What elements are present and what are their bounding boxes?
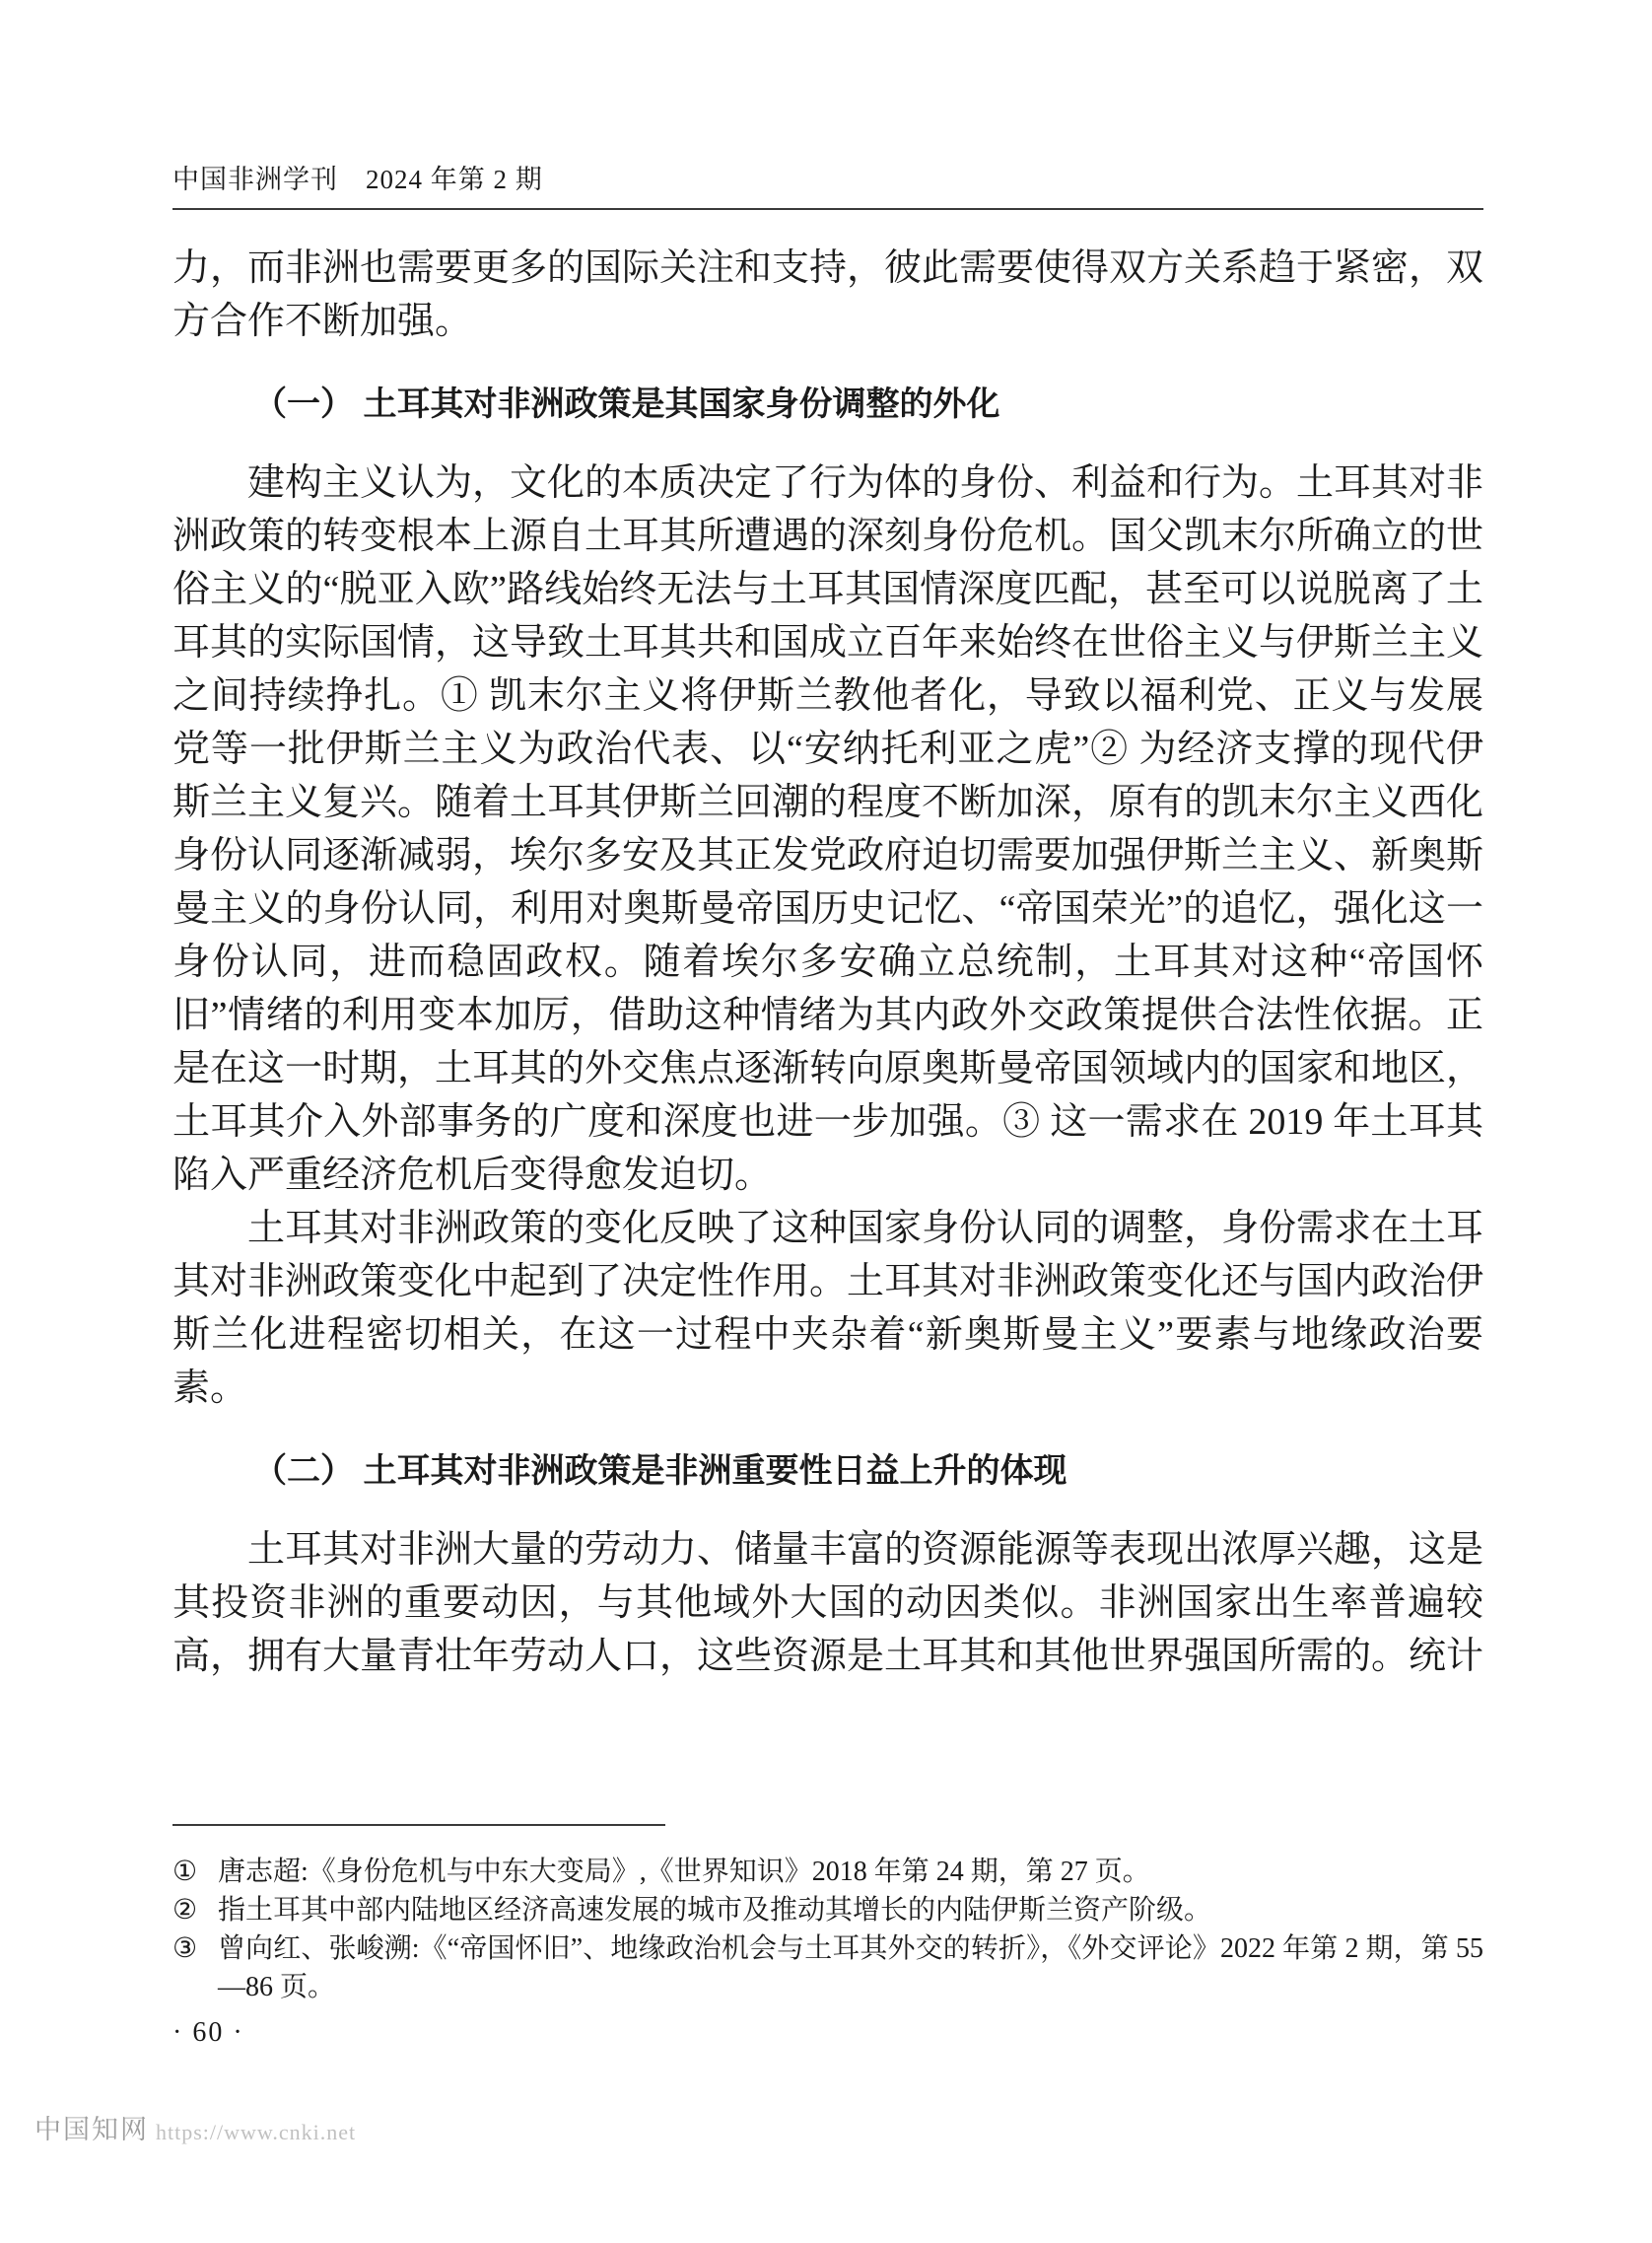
- footnotes: ① 唐志超:《身份危机与中东大变局》,《世界知识》2018 年第 24 期，第 …: [172, 1824, 1483, 2006]
- header-divider: [172, 208, 1483, 210]
- footnote-text: 指土耳其中部内陆地区经济高速发展的城市及推动其增长的内陆伊斯兰资产阶级。: [218, 1891, 1483, 1929]
- paragraph-continuation: 力，而非洲也需要更多的国际关注和支持，彼此需要使得双方关系趋于紧密，双方合作不断…: [172, 242, 1483, 348]
- section-heading-1: （一） 土耳其对非洲政策是其国家身份调整的外化: [172, 378, 1483, 431]
- cnki-watermark: 中国知网: [34, 2108, 149, 2146]
- journal-header-text: 中国非洲学刊 2024 年第 2 期: [172, 165, 543, 194]
- footnote-separator: [172, 1824, 665, 1826]
- journal-header: 中国非洲学刊 2024 年第 2 期: [172, 158, 1483, 196]
- article-body: 力，而非洲也需要更多的国际关注和支持，彼此需要使得双方关系趋于紧密，双方合作不断…: [172, 242, 1483, 1683]
- page-number: · 60 ·: [172, 2017, 244, 2049]
- paragraph: 建构主义认为，文化的本质决定了行为体的身份、利益和行为。土耳其对非洲政策的转变根…: [172, 456, 1483, 1202]
- footnote-marker: ③: [172, 1929, 218, 1968]
- footnote-item: ② 指土耳其中部内陆地区经济高速发展的城市及推动其增长的内陆伊斯兰资产阶级。: [172, 1891, 1483, 1929]
- section-heading-2: （二） 土耳其对非洲政策是非洲重要性日益上升的体现: [172, 1444, 1483, 1498]
- paragraph: 土耳其对非洲大量的劳动力、储量丰富的资源能源等表现出浓厚兴趣，这是其投资非洲的重…: [172, 1523, 1483, 1683]
- footnote-marker: ①: [172, 1853, 218, 1891]
- footnote-text: 唐志超:《身份危机与中东大变局》,《世界知识》2018 年第 24 期，第 27…: [218, 1853, 1483, 1891]
- cnki-url: https://www.cnki.net: [156, 2120, 356, 2145]
- footnote-text: 曾向红、张峻溯:《“帝国怀旧”、地缘政治机会与土耳其外交的转折》，《外交评论》2…: [218, 1929, 1483, 2006]
- footnote-item: ① 唐志超:《身份危机与中东大变局》,《世界知识》2018 年第 24 期，第 …: [172, 1853, 1483, 1891]
- footnote-marker: ②: [172, 1891, 218, 1929]
- footnote-item: ③ 曾向红、张峻溯:《“帝国怀旧”、地缘政治机会与土耳其外交的转折》，《外交评论…: [172, 1929, 1483, 2006]
- paragraph: 土耳其对非洲政策的变化反映了这种国家身份认同的调整，身份需求在土耳其对非洲政策变…: [172, 1202, 1483, 1415]
